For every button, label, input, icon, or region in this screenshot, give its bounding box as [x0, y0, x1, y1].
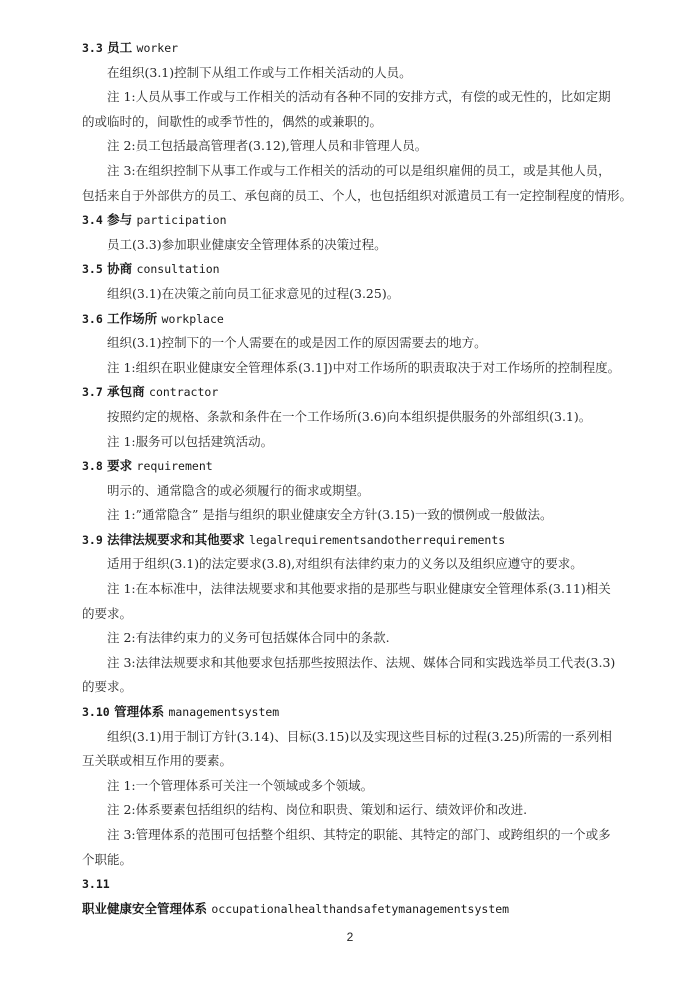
- definition-line: 组织(3.1)用于制订方针(3.14)、目标(3.15)以及实现这些目标的过程(…: [82, 725, 622, 750]
- section-heading: 3.4 参与 participation: [82, 208, 622, 233]
- section-number: 3.8: [82, 459, 103, 473]
- section-heading: 职业健康安全管理体系 occupationalhealthandsafetyma…: [82, 897, 622, 922]
- note-line: 注 1:服务可以包括建筑活动。: [82, 430, 622, 455]
- section-heading: 3.6 工作场所 workplace: [82, 307, 622, 332]
- section-heading: 3.10 管理体系 managementsystem: [82, 700, 622, 725]
- note-line: 注 1:一个管理体系可关注一个领域或多个领域。: [82, 774, 622, 799]
- definition-line: 在组织(3.1)控制下从组工作或与工作相关活动的人员。: [82, 61, 622, 86]
- definition-line: 按照约定的规格、条款和条件在一个工作场所(3.6)向本组织提供服务的外部组织(3…: [82, 405, 622, 430]
- section-title-en: occupationalhealthandsafetymanagementsys…: [211, 902, 509, 916]
- section-title-zh: 承包商: [107, 384, 145, 399]
- definition-line: 的要求。: [82, 675, 622, 700]
- note-line: 注 1:人员从事工作或与工作相关的活动有各种不同的安排方式，有偿的或无性的，比如…: [82, 85, 622, 110]
- definition-line: 员工(3.3)参加职业健康安全管理体系的决策过程。: [82, 233, 622, 258]
- section-heading: 3.5 协商 consultation: [82, 257, 622, 282]
- note-line: 注 2:体系要素包括组织的结构、岗位和职贵、策划和运行、绩效评价和改进.: [82, 798, 622, 823]
- section-number: 3.10: [82, 705, 110, 719]
- section-number: 3.9: [82, 533, 103, 547]
- section-title-zh: 工作场所: [107, 311, 157, 326]
- definition-line: 明示的、通常隐含的或必须履行的衙求或期望。: [82, 479, 622, 504]
- section-title-en: contractor: [149, 385, 218, 399]
- note-line: 注 1:组织在职业健康安全管理体系(3.1])中对工作场所的职责取决于对工作场所…: [82, 356, 622, 381]
- definition-line: 包括来自于外部供方的员工、承包商的员工、个人，也包括组织对派遣员工有一定控制程度…: [82, 184, 622, 209]
- definition-line: 的或临时的，间歇性的或季节性的，偶然的或兼职的。: [82, 110, 622, 135]
- section-title-en: workplace: [162, 312, 224, 326]
- section-title-zh: 管理体系: [114, 704, 164, 719]
- section-heading: 3.7 承包商 contractor: [82, 380, 622, 405]
- document-body: 3.3 员工 worker在组织(3.1)控制下从组工作或与工作相关活动的人员。…: [82, 36, 622, 921]
- section-number: 3.5: [82, 262, 103, 276]
- section-title-en: requirement: [137, 459, 213, 473]
- section-title-zh: 员工: [107, 40, 132, 55]
- section-title-en: managementsystem: [168, 705, 279, 719]
- section-heading: 3.3 员工 worker: [82, 36, 622, 61]
- section-heading-number: 3.11: [82, 872, 622, 897]
- note-line: 注 3:在组织控制下从事工作或与工作相关的活动的可以是组织雇佣的员工，或是其他人…: [82, 159, 622, 184]
- section-title-en: worker: [137, 41, 179, 55]
- section-title-en: legalrequirementsandotherrequirements: [249, 533, 505, 547]
- section-title-en: participation: [137, 213, 227, 227]
- section-title-zh: 参与: [107, 212, 132, 227]
- definition-line: 的要求。: [82, 602, 622, 627]
- section-number: 3.7: [82, 385, 103, 399]
- section-title-zh: 协商: [107, 261, 132, 276]
- definition-line: 互关联或相互作用的要素。: [82, 749, 622, 774]
- note-line: 注 1:在本标准中，法律法规要求和其他要求指的是那些与职业健康安全管理体系(3.…: [82, 577, 622, 602]
- definition-line: 个职能。: [82, 848, 622, 873]
- note-line: 注 3:法律法规要求和其他要求包括那些按照法作、法规、媒体合同和实践选举员工代表…: [82, 651, 622, 676]
- note-line: 注 1:”通常隐含” 是指与组织的职业健康安全方针(3.15)一致的惯例或一般做…: [82, 503, 622, 528]
- section-title-en: consultation: [137, 262, 220, 276]
- section-title-zh: 法律法规要求和其他要求: [107, 532, 245, 547]
- section-title-zh: 要求: [107, 458, 132, 473]
- note-line: 注 3:管理体系的范围可包括整个组织、其特定的职能、其特定的部门、或跨组织的一个…: [82, 823, 622, 848]
- note-line: 注 2:有法律约束力的义务可包括媒体合同中的条款.: [82, 626, 622, 651]
- page-number: 2: [0, 930, 700, 944]
- section-number: 3.4: [82, 213, 103, 227]
- definition-line: 组织(3.1)控制下的一个人需要在的或是因工作的原因需要去的地方。: [82, 331, 622, 356]
- section-heading: 3.9 法律法规要求和其他要求 legalrequirementsandothe…: [82, 528, 622, 553]
- note-line: 注 2:员工包括最高管理者(3.12),管理人员和非管理人员。: [82, 134, 622, 159]
- document-page: 3.3 员工 worker在组织(3.1)控制下从组工作或与工作相关活动的人员。…: [0, 0, 700, 990]
- section-number: 3.3: [82, 41, 103, 55]
- section-heading: 3.8 要求 requirement: [82, 454, 622, 479]
- section-title-zh: 职业健康安全管理体系: [82, 901, 207, 916]
- section-number: 3.11: [82, 877, 110, 891]
- section-number: 3.6: [82, 312, 103, 326]
- definition-line: 组织(3.1)在决策之前向员工征求意见的过程(3.25)。: [82, 282, 622, 307]
- definition-line: 适用于组织(3.1)的法定要求(3.8),对组织有法律约束力的义务以及组织应遵守…: [82, 552, 622, 577]
